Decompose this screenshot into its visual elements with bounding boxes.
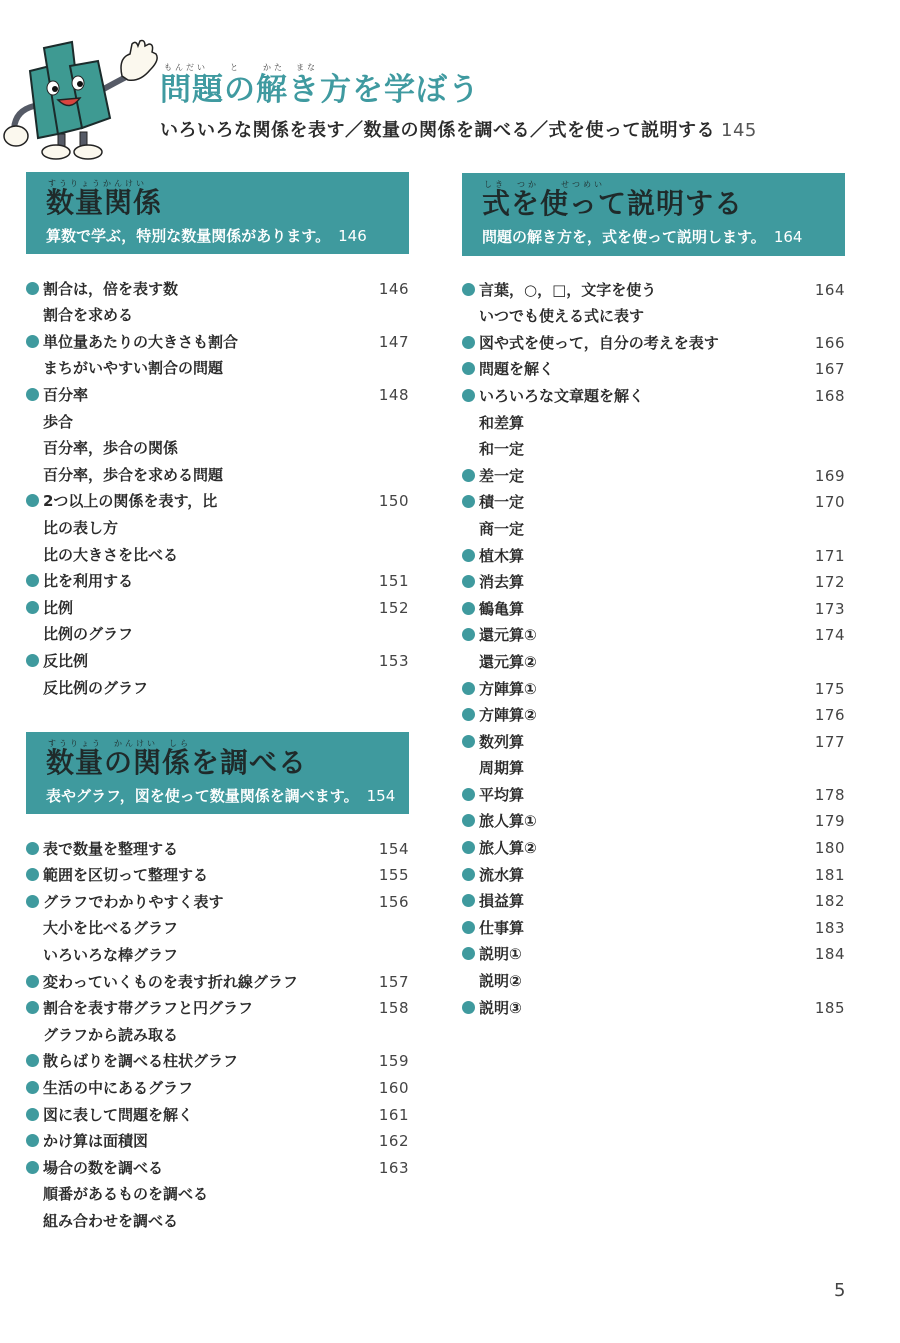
toc-entry-label: グラフから読み取る [43, 1025, 178, 1045]
toc-entry[interactable]: 周期算 [462, 752, 845, 779]
toc-entry[interactable]: 図に表して問題を解く161 [26, 1098, 409, 1125]
toc-entry[interactable]: 反比例153 [26, 644, 409, 671]
toc-entry-page: 181 [815, 865, 845, 885]
toc-entry[interactable]: 商一定 [462, 512, 845, 539]
bullet-dot-icon [26, 895, 39, 908]
toc-list-explain-with-expressions: 言葉，○，□，文字を使う164いつでも使える式に表す図や式を使って，自分の考えを… [462, 273, 845, 1018]
bullet-dot-icon [462, 735, 475, 748]
section-page: 164 [774, 228, 803, 246]
toc-entry-label: 仕事算 [479, 918, 524, 938]
toc-entry-label: 説明③ [479, 998, 522, 1018]
toc-entry[interactable]: 割合を表す帯グラフと円グラフ158 [26, 992, 409, 1019]
toc-entry[interactable]: 百分率，歩合を求める問題 [26, 458, 409, 485]
toc-entry-label: 割合を求める [43, 305, 133, 325]
toc-entry-page: 177 [815, 732, 845, 752]
toc-entry[interactable]: 植木算171 [462, 539, 845, 566]
toc-entry-page: 179 [815, 811, 845, 831]
bullet-dot-icon [462, 549, 475, 562]
bullet-dot-icon [462, 841, 475, 854]
toc-entry-label: 反比例のグラフ [43, 678, 148, 698]
toc-entry-page: 150 [379, 491, 409, 511]
toc-entry-label: 言葉，○，□，文字を使う [479, 280, 656, 300]
section-title: 数量の関係を調べる [46, 746, 307, 780]
toc-entry[interactable]: 比例のグラフ [26, 618, 409, 645]
toc-entry[interactable]: 反比例のグラフ [26, 671, 409, 698]
bullet-dot-icon [26, 282, 39, 295]
bullet-dot-icon [462, 708, 475, 721]
toc-entry-page: 157 [379, 972, 409, 992]
toc-entry[interactable]: 問題を解く167 [462, 353, 845, 380]
toc-entry-page: 151 [379, 571, 409, 591]
toc-entry[interactable]: 割合は，倍を表す数146 [26, 272, 409, 299]
toc-entry[interactable]: 方陣算①175 [462, 672, 845, 699]
toc-entry-label: 損益算 [479, 891, 524, 911]
section-header-quantity-relations: すうりょうかんけい 数量関係 算数で学ぶ，特別な数量関係があります。146 [26, 172, 409, 254]
bullet-dot-icon [462, 788, 475, 801]
page-number: 5 [834, 1280, 845, 1301]
toc-entry[interactable]: 説明①184 [462, 938, 845, 965]
toc-entry[interactable]: いつでも使える式に表す [462, 300, 845, 327]
toc-entry-page: 183 [815, 918, 845, 938]
toc-entry-page: 171 [815, 546, 845, 566]
toc-entry-label: 比の表し方 [43, 518, 118, 538]
toc-entry-page: 158 [379, 998, 409, 1018]
toc-entry[interactable]: 差一定169 [462, 459, 845, 486]
toc-entry-label: 植木算 [479, 546, 524, 566]
toc-entry[interactable]: 平均算178 [462, 778, 845, 805]
section-title: 式を使って説明する [482, 187, 743, 221]
toc-entry-label: 割合は，倍を表す数 [43, 279, 178, 299]
toc-entry[interactable]: グラフでわかりやすく表す156 [26, 885, 409, 912]
toc-entry[interactable]: 百分率148 [26, 378, 409, 405]
toc-entry-label: 和一定 [479, 439, 524, 459]
toc-entry-label: 単位量あたりの大きさも割合 [43, 332, 238, 352]
toc-entry[interactable]: 百分率，歩合の関係 [26, 432, 409, 459]
toc-entry-label: 消去算 [479, 572, 524, 592]
toc-entry-label: 図や式を使って，自分の考えを表す [479, 333, 719, 353]
toc-list-examine-relations: 表で数量を整理する154範囲を区切って整理する155グラフでわかりやすく表す15… [26, 832, 409, 1231]
toc-entry-label: 和差算 [479, 413, 524, 433]
toc-entry-label: 比の大きさを比べる [43, 545, 178, 565]
toc-entry-page: 153 [379, 651, 409, 671]
toc-entry-page: 148 [379, 385, 409, 405]
toc-entry-label: まちがいやすい割合の問題 [43, 358, 223, 378]
toc-entry[interactable]: いろいろな文章題を解く168 [462, 379, 845, 406]
section-description-text: 表やグラフ，図を使って数量関係を調べます。 [46, 787, 359, 805]
toc-entry[interactable]: 数列算177 [462, 725, 845, 752]
toc-entry-page: 168 [815, 386, 845, 406]
toc-entry-page: 166 [815, 333, 845, 353]
toc-entry[interactable]: 方陣算②176 [462, 699, 845, 726]
toc-entry-page: 161 [379, 1105, 409, 1125]
toc-entry-label: 生活の中にあるグラフ [43, 1078, 193, 1098]
toc-entry[interactable]: 仕事算183 [462, 911, 845, 938]
toc-entry-label: 数列算 [479, 732, 524, 752]
toc-entry-label: いろいろな文章題を解く [479, 386, 644, 406]
bullet-dot-icon [462, 814, 475, 827]
section-page: 146 [338, 227, 367, 245]
bullet-dot-icon [26, 494, 39, 507]
toc-entry-label: かけ算は面積図 [43, 1131, 148, 1151]
toc-entry[interactable]: 図や式を使って，自分の考えを表す166 [462, 326, 845, 353]
toc-entry-page: 173 [815, 599, 845, 619]
toc-entry[interactable]: 大小を比べるグラフ [26, 912, 409, 939]
toc-entry[interactable]: 比例152 [26, 591, 409, 618]
toc-entry-page: 147 [379, 332, 409, 352]
bullet-dot-icon [26, 601, 39, 614]
toc-entry-label: 周期算 [479, 758, 524, 778]
bullet-dot-icon [26, 975, 39, 988]
section-description-text: 問題の解き方を，式を使って説明します。 [482, 228, 766, 246]
toc-entry-label: 差一定 [479, 466, 524, 486]
toc-entry-label: 散らばりを調べる柱状グラフ [43, 1051, 238, 1071]
bullet-dot-icon [26, 654, 39, 667]
toc-entry-label: 方陣算① [479, 679, 537, 699]
bullet-dot-icon [462, 947, 475, 960]
toc-entry[interactable]: 変わっていくものを表す折れ線グラフ157 [26, 965, 409, 992]
toc-entry[interactable]: 散らばりを調べる柱状グラフ159 [26, 1045, 409, 1072]
bullet-dot-icon [462, 336, 475, 349]
toc-entry-label: グラフでわかりやすく表す [43, 892, 223, 912]
bullet-dot-icon [462, 283, 475, 296]
toc-entry[interactable]: 和差算 [462, 406, 845, 433]
mascot-icon [0, 36, 165, 161]
toc-entry-page: 156 [379, 892, 409, 912]
toc-entry[interactable]: 表で数量を整理する154 [26, 832, 409, 859]
toc-entry-label: 表で数量を整理する [43, 839, 178, 859]
toc-entry-page: 170 [815, 492, 845, 512]
toc-entry-page: 172 [815, 572, 845, 592]
bullet-dot-icon [26, 1001, 39, 1014]
bullet-dot-icon [26, 335, 39, 348]
subtitle-page: 145 [721, 120, 757, 141]
toc-entry[interactable]: 2つ以上の関係を表す，比150 [26, 485, 409, 512]
toc-entry-label: いろいろな棒グラフ [43, 945, 178, 965]
toc-entry-label: 範囲を区切って整理する [43, 865, 208, 885]
toc-entry[interactable]: 組み合わせを調べる [26, 1204, 409, 1231]
toc-entry[interactable]: 還元算② [462, 645, 845, 672]
toc-entry[interactable]: 場合の数を調べる163 [26, 1151, 409, 1178]
toc-entry-page: 163 [379, 1158, 409, 1178]
bullet-dot-icon [26, 1054, 39, 1067]
toc-entry[interactable]: 和一定 [462, 433, 845, 460]
bullet-dot-icon [462, 362, 475, 375]
toc-entry-label: 積一定 [479, 492, 524, 512]
toc-entry-label: 旅人算② [479, 838, 537, 858]
toc-entry[interactable]: 単位量あたりの大きさも割合147 [26, 325, 409, 352]
toc-entry-label: 比を利用する [43, 571, 133, 591]
toc-entry-label: 2つ以上の関係を表す，比 [43, 491, 217, 511]
toc-entry-page: 180 [815, 838, 845, 858]
toc-entry[interactable]: 損益算182 [462, 885, 845, 912]
bullet-dot-icon [26, 1134, 39, 1147]
subtitle-text: いろいろな関係を表す／数量の関係を調べる／式を使って説明する [160, 120, 715, 141]
toc-entry-page: 152 [379, 598, 409, 618]
toc-entry-label: 方陣算② [479, 705, 537, 725]
toc-entry[interactable]: かけ算は面積図162 [26, 1125, 409, 1152]
toc-entry-page: 178 [815, 785, 845, 805]
bullet-dot-icon [462, 575, 475, 588]
toc-entry[interactable]: 鶴亀算173 [462, 592, 845, 619]
bullet-dot-icon [26, 842, 39, 855]
toc-entry-label: 大小を比べるグラフ [43, 918, 178, 938]
toc-entry-label: 還元算② [479, 652, 537, 672]
toc-entry-page: 167 [815, 359, 845, 379]
bullet-dot-icon [462, 389, 475, 402]
toc-entry-page: 185 [815, 998, 845, 1018]
toc-entry-label: 商一定 [479, 519, 524, 539]
bullet-dot-icon [462, 868, 475, 881]
toc-entry[interactable]: 比を利用する151 [26, 565, 409, 592]
toc-entry[interactable]: 説明③185 [462, 991, 845, 1018]
toc-entry-page: 184 [815, 944, 845, 964]
toc-entry-label: 百分率，歩合を求める問題 [43, 465, 223, 485]
toc-entry[interactable]: 範囲を区切って整理する155 [26, 859, 409, 886]
toc-entry-page: 174 [815, 625, 845, 645]
bullet-dot-icon [26, 868, 39, 881]
toc-entry-label: 変わっていくものを表す折れ線グラフ [43, 972, 298, 992]
toc-entry[interactable]: 比の大きさを比べる [26, 538, 409, 565]
bullet-dot-icon [26, 1161, 39, 1174]
toc-entry[interactable]: 順番があるものを調べる [26, 1178, 409, 1205]
toc-entry[interactable]: 旅人算②180 [462, 831, 845, 858]
toc-entry[interactable]: 割合を求める [26, 299, 409, 326]
section-description-text: 算数で学ぶ，特別な数量関係があります。 [46, 227, 330, 245]
toc-entry-label: 場合の数を調べる [43, 1158, 163, 1178]
toc-entry-page: 160 [379, 1078, 409, 1098]
page-subtitle: いろいろな関係を表す／数量の関係を調べる／式を使って説明する145 [160, 118, 757, 144]
toc-entry-label: 平均算 [479, 785, 524, 805]
bullet-dot-icon [26, 1108, 39, 1121]
toc-entry-label: 説明① [479, 944, 522, 964]
bullet-dot-icon [462, 921, 475, 934]
toc-entry-page: 164 [815, 280, 845, 300]
toc-entry-label: 説明② [479, 971, 522, 991]
toc-entry-page: 182 [815, 891, 845, 911]
toc-entry-page: 169 [815, 466, 845, 486]
section-title: 数量関係 [46, 186, 162, 220]
toc-entry-label: いつでも使える式に表す [479, 306, 644, 326]
toc-entry-label: 順番があるものを調べる [43, 1184, 208, 1204]
section-header-examine-relations: すうりょう かんけい しら 数量の関係を調べる 表やグラフ，図を使って数量関係を… [26, 732, 409, 814]
toc-entry-label: 問題を解く [479, 359, 554, 379]
toc-entry-label: 比例のグラフ [43, 624, 133, 644]
toc-entry-page: 162 [379, 1131, 409, 1151]
page-title: 問題の解き方を学ぼう [160, 72, 480, 108]
section-page: 154 [367, 787, 396, 805]
toc-entry[interactable]: 生活の中にあるグラフ160 [26, 1071, 409, 1098]
bullet-dot-icon [462, 894, 475, 907]
bullet-dot-icon [26, 574, 39, 587]
toc-entry[interactable]: 説明② [462, 964, 845, 991]
bullet-dot-icon [462, 602, 475, 615]
section-description: 問題の解き方を，式を使って説明します。164 [482, 227, 802, 247]
toc-entry-label: 鶴亀算 [479, 599, 524, 619]
toc-entry[interactable]: いろいろな棒グラフ [26, 938, 409, 965]
toc-entry-label: 旅人算① [479, 811, 537, 831]
toc-entry-label: 割合を表す帯グラフと円グラフ [43, 998, 253, 1018]
toc-entry[interactable]: グラフから読み取る [26, 1018, 409, 1045]
toc-entry[interactable]: 比の表し方 [26, 511, 409, 538]
toc-entry-label: 還元算① [479, 625, 537, 645]
toc-entry-label: 図に表して問題を解く [43, 1105, 193, 1125]
bullet-dot-icon [26, 388, 39, 401]
toc-entry-label: 歩合 [43, 412, 73, 432]
bullet-dot-icon [462, 469, 475, 482]
toc-entry-page: 146 [379, 279, 409, 299]
toc-entry[interactable]: 歩合 [26, 405, 409, 432]
bullet-dot-icon [26, 1081, 39, 1094]
section-description: 算数で学ぶ，特別な数量関係があります。146 [46, 226, 367, 246]
section-header-explain-with-expressions: しき つか せつめい 式を使って説明する 問題の解き方を，式を使って説明します。… [462, 173, 845, 256]
bullet-dot-icon [462, 1001, 475, 1014]
section-description: 表やグラフ，図を使って数量関係を調べます。154 [46, 786, 395, 806]
toc-entry[interactable]: 積一定170 [462, 486, 845, 513]
toc-entry-page: 154 [379, 839, 409, 859]
toc-entry-label: 組み合わせを調べる [43, 1211, 178, 1231]
toc-entry-label: 百分率 [43, 385, 88, 405]
toc-entry-page: 175 [815, 679, 845, 699]
toc-entry[interactable]: 流水算181 [462, 858, 845, 885]
bullet-dot-icon [462, 628, 475, 641]
toc-list-quantity-relations: 割合は，倍を表す数146割合を求める単位量あたりの大きさも割合147まちがいやす… [26, 272, 409, 698]
toc-entry[interactable]: 旅人算①179 [462, 805, 845, 832]
toc-entry-label: 百分率，歩合の関係 [43, 438, 178, 458]
toc-entry[interactable]: 消去算172 [462, 566, 845, 593]
toc-entry-label: 比例 [43, 598, 73, 618]
bullet-dot-icon [462, 495, 475, 508]
toc-entry[interactable]: まちがいやすい割合の問題 [26, 352, 409, 379]
toc-entry-label: 流水算 [479, 865, 524, 885]
toc-entry[interactable]: 還元算①174 [462, 619, 845, 646]
toc-entry-label: 反比例 [43, 651, 88, 671]
toc-entry-page: 159 [379, 1051, 409, 1071]
bullet-dot-icon [462, 682, 475, 695]
toc-entry-page: 155 [379, 865, 409, 885]
toc-entry-page: 176 [815, 705, 845, 725]
toc-entry[interactable]: 言葉，○，□，文字を使う164 [462, 273, 845, 300]
